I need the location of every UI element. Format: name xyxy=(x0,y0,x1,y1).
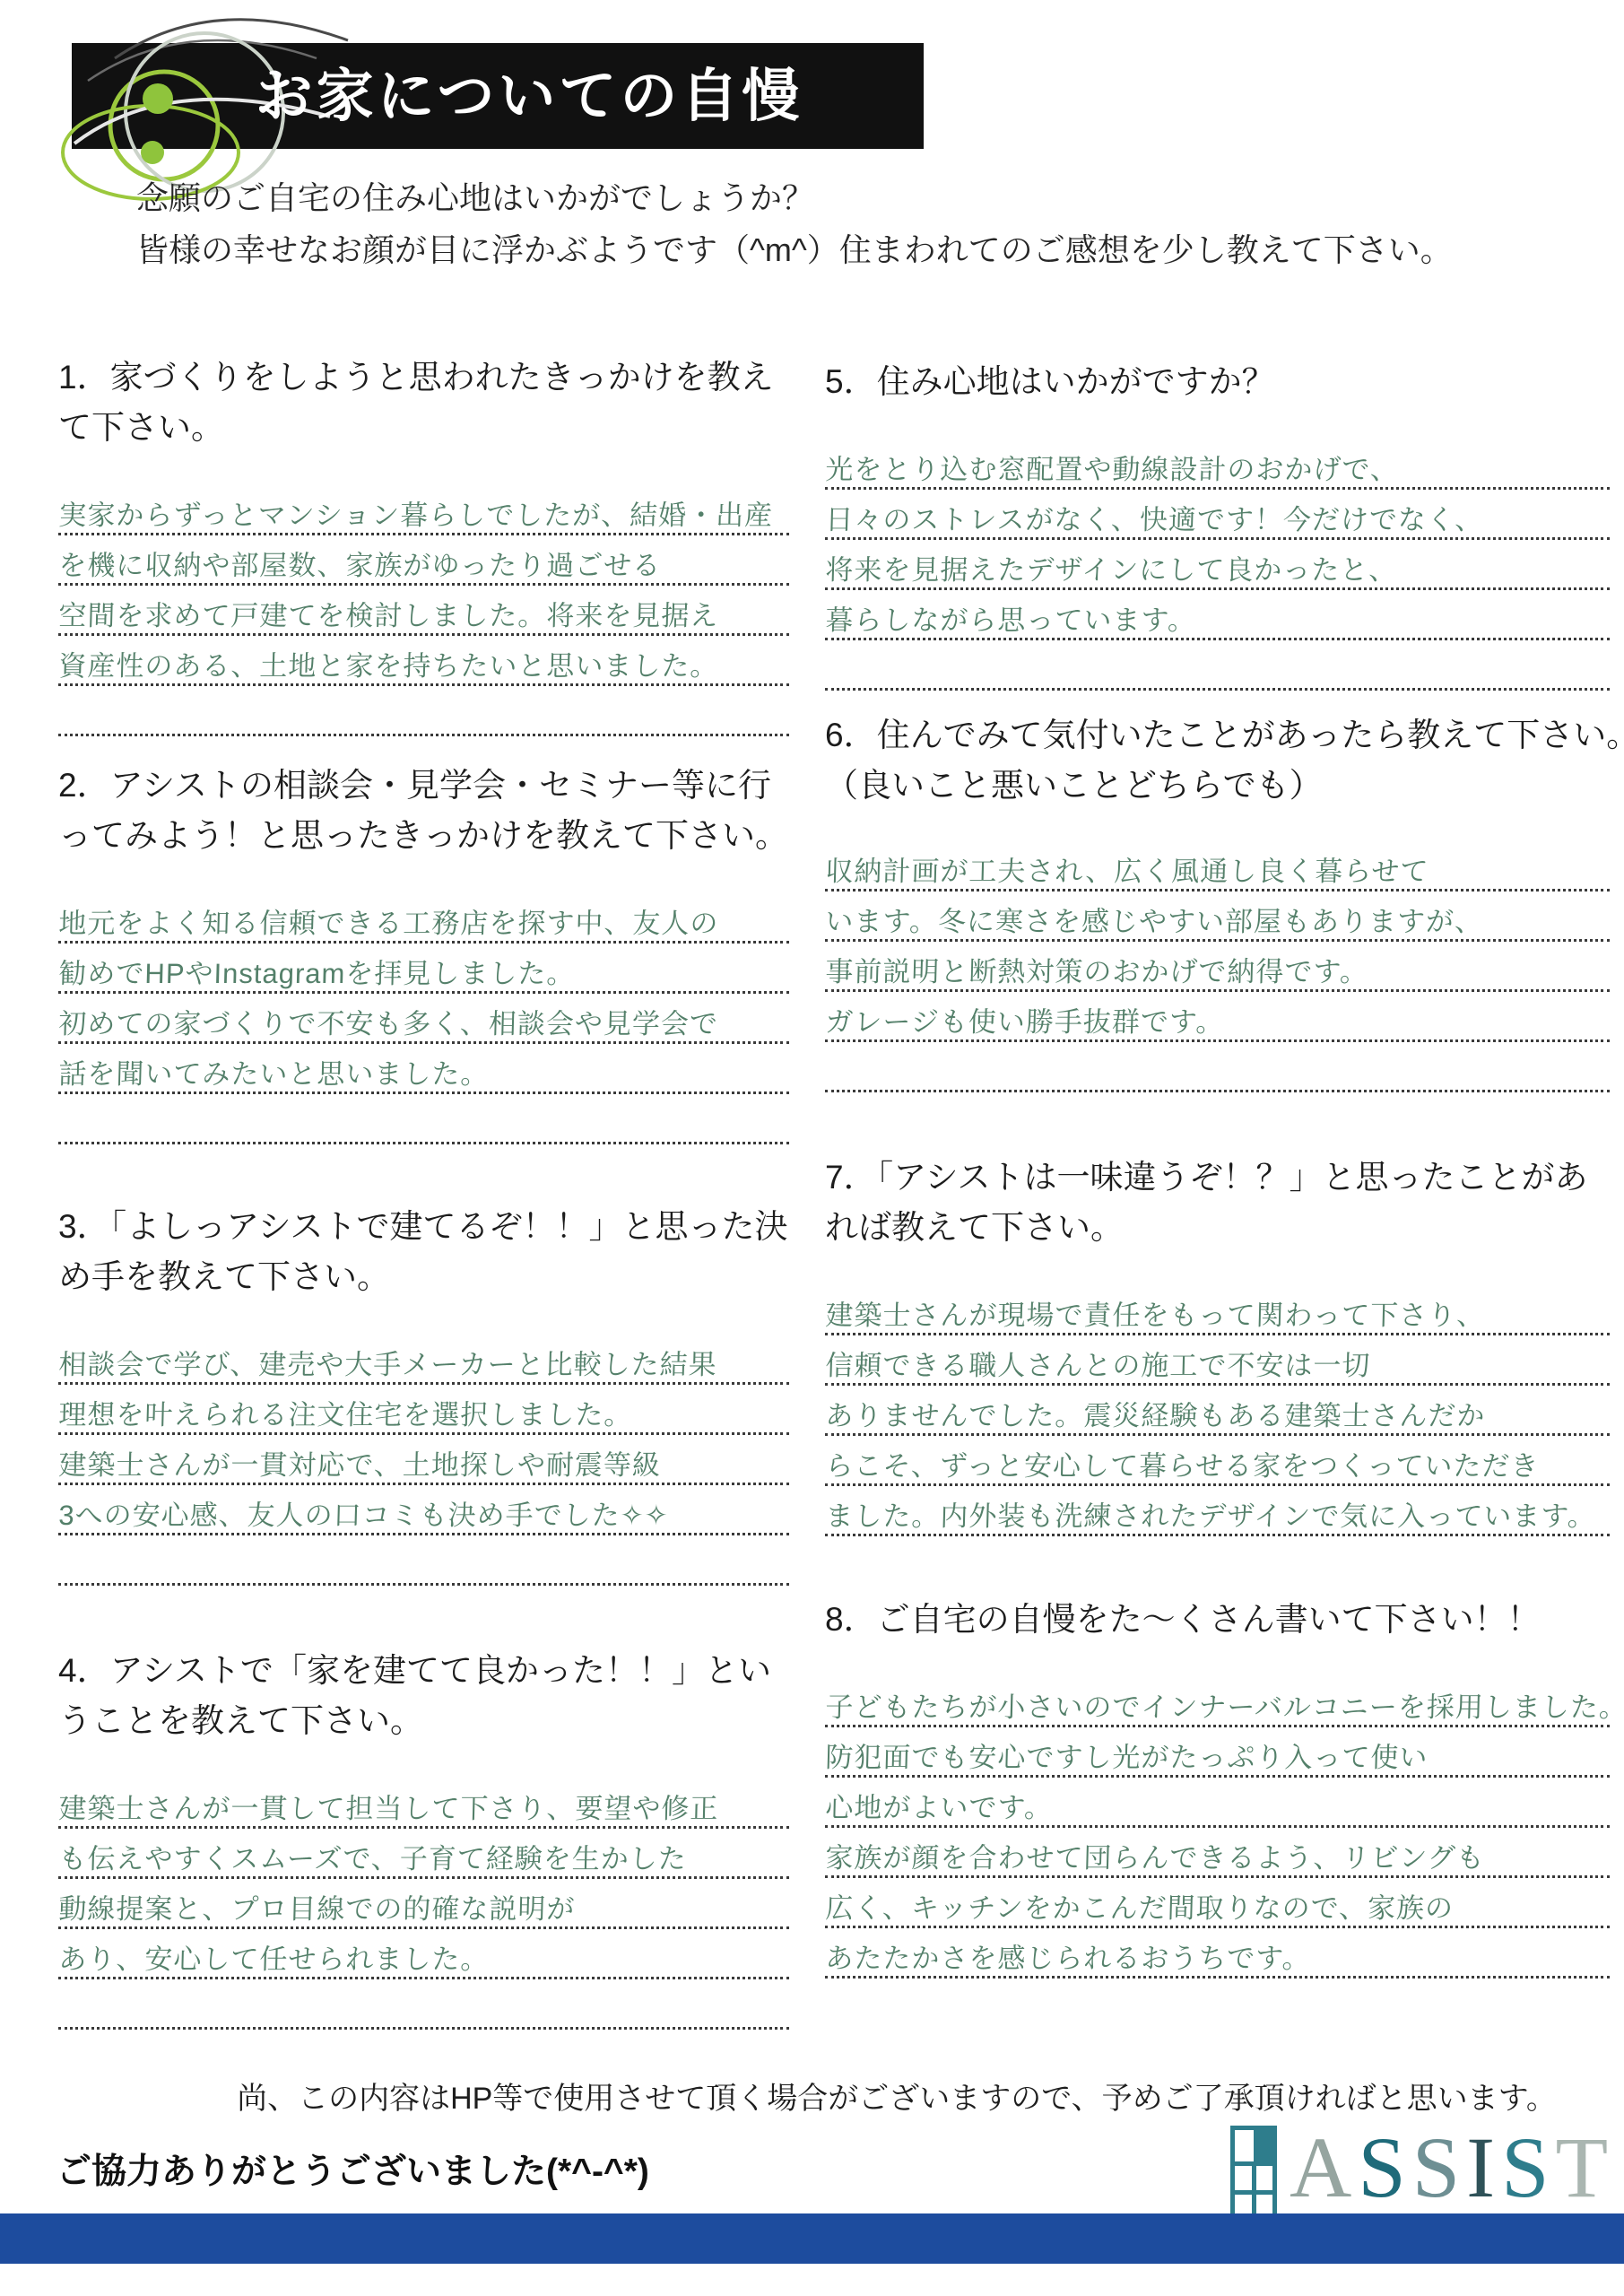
answer-row: 地元をよく知る信頼できる工務店を探す中、友人の xyxy=(58,893,789,944)
question-1-heading: 1．家づくりをしようと思われたきっかけを教えて下さい。 xyxy=(58,352,789,453)
handwritten-answer-line: ガレージも使い勝手抜群です。 xyxy=(825,1007,1225,1038)
answer-row: 建築士さんが現場で責任をもって関わって下さり、 xyxy=(825,1285,1610,1335)
answer-row: あり、安心して任せられました。 xyxy=(58,1929,789,1979)
handwritten-answer-line: あたたかさを感じられるおうちです。 xyxy=(825,1944,1311,1974)
empty-answer-row xyxy=(58,1979,789,2030)
question-5-heading: 5．住み心地はいかがですか？ xyxy=(825,357,1610,407)
question-4-heading: 4．アシストで「家を建てて良かった！！」ということを教えて下さい。 xyxy=(58,1646,789,1746)
question-6-answers: 収納計画が工夫され、広く風通し良く暮らせて います。冬に寒さを感じやすい部屋もあ… xyxy=(825,841,1610,1092)
handwritten-answer-line: 建築士さんが一貫して担当して下さり、要望や修正 xyxy=(58,1794,719,1824)
handwritten-answer-line: 話を聞いてみたいと思いました。 xyxy=(58,1059,490,1090)
bottom-bar xyxy=(0,2213,1624,2264)
handwritten-answer-line: 心地がよいです。 xyxy=(825,1793,1053,1823)
answer-row: 将来を見据えたデザインにして良かったと、 xyxy=(825,540,1610,590)
handwritten-answer-line: 日々のストレスがなく、快適です！今だけでなく、 xyxy=(825,505,1484,535)
handwritten-answer-line: 事前説明と断熱対策のおかげで納得です。 xyxy=(825,957,1368,987)
question-7-answers: 建築士さんが現場で責任をもって関わって下さり、 信頼できる職人さんとの施工で不安… xyxy=(825,1285,1610,1536)
questionnaire-page: お家についての自慢 念願のご自宅の住み心地はいかがでしょうか？ 皆様の幸せなお顔… xyxy=(0,0,1624,2296)
answer-row: 収納計画が工夫され、広く風通し良く暮らせて xyxy=(825,841,1610,891)
handwritten-answer-line: 防犯面でも安心ですし光がたっぷり入って使い xyxy=(825,1743,1429,1773)
handwritten-answer-line: 資産性のある、土地と家を持ちたいと思いました。 xyxy=(58,651,719,682)
answer-row: 光をとり込む窓配置や動線設計のおかげで、 xyxy=(825,439,1610,490)
intro-line-1: 念願のご自宅の住み心地はいかがでしょうか？ xyxy=(136,172,1453,224)
handwritten-answer-line: 地元をよく知る信頼できる工務店を探す中、友人の xyxy=(58,909,719,939)
handwritten-answer-line: 広く、キッチンをかこんだ間取りなので、家族の xyxy=(825,1893,1454,1924)
handwritten-answer-line: 勧めでHPやInstagramを拝見しました。 xyxy=(58,959,576,989)
question-2-heading: 2．アシストの相談会・見学会・セミナー等に行ってみよう！と思ったきっかけを教えて… xyxy=(58,761,789,861)
handwritten-answer-line: 子どもたちが小さいのでインナーバルコニーを採用しました。 xyxy=(825,1692,1624,1723)
answer-row: 資産性のある、土地と家を持ちたいと思いました。 xyxy=(58,636,789,686)
question-3-answers: 相談会で学び、建売や大手メーカーと比較した結果 理想を叶えられる注文住宅を選択し… xyxy=(58,1335,789,1586)
answer-row: 空間を求めて戸建てを検討しました。将来を見据え xyxy=(58,586,789,636)
answer-row: 防犯面でも安心ですし光がたっぷり入って使い xyxy=(825,1727,1610,1778)
answer-row: ました。内外装も洗練されたデザインで気に入っています。 xyxy=(825,1486,1610,1536)
answer-row: らこそ、ずっと安心して暮らせる家をつくっていただき xyxy=(825,1436,1610,1486)
answer-row: 勧めでHPやInstagramを拝見しました。 xyxy=(58,944,789,994)
question-8-answers: 子どもたちが小さいのでインナーバルコニーを採用しました。 防犯面でも安心ですし光… xyxy=(825,1677,1610,1979)
handwritten-answer-line: 空間を求めて戸建てを検討しました。将来を見据え xyxy=(58,601,719,631)
logo-letter: S xyxy=(1412,2119,1466,2215)
answer-row: 動線提案と、プロ目線での的確な説明が xyxy=(58,1879,789,1929)
handwritten-answer-line: 建築士さんが一貫対応で、土地探しや耐震等級 xyxy=(58,1450,661,1481)
question-6-subheading: （良いこと悪いことどちらでも） xyxy=(825,761,1610,811)
answer-row: 広く、キッチンをかこんだ間取りなので、家族の xyxy=(825,1878,1610,1928)
question-7: 7．「アシストは一味違うぞ！？」と思ったことがあれば教えて下さい。 建築士さんが… xyxy=(825,1152,1610,1536)
answer-row: 建築士さんが一貫対応で、土地探しや耐震等級 xyxy=(58,1435,789,1485)
handwritten-answer-line: 信頼できる職人さんとの施工で不安は一切 xyxy=(825,1351,1371,1381)
handwritten-answer-line: 相談会で学び、建売や大手メーカーと比較した結果 xyxy=(58,1350,717,1380)
handwritten-answer-line: 3への安心感、友人の口コミも決め手でした✧✧ xyxy=(58,1500,669,1531)
empty-answer-row xyxy=(825,1042,1610,1092)
logo-text: ASSIST xyxy=(1290,2109,1614,2226)
answer-row: 暮らしながら思っています。 xyxy=(825,590,1610,640)
question-2-answers: 地元をよく知る信頼できる工務店を探す中、友人の 勧めでHPやInstagramを… xyxy=(58,893,789,1144)
question-5: 5．住み心地はいかがですか？ 光をとり込む窓配置や動線設計のおかげで、 日々のス… xyxy=(825,357,1610,691)
handwritten-answer-line: 収納計画が工夫され、広く風通し良く暮らせて xyxy=(825,857,1429,887)
empty-answer-row xyxy=(58,1094,789,1144)
empty-answer-row xyxy=(825,640,1610,691)
question-6: 6．住んでみて気付いたことがあったら教えて下さい。 （良いこと悪いことどちらでも… xyxy=(825,710,1610,1092)
answer-row: 信頼できる職人さんとの施工で不安は一切 xyxy=(825,1335,1610,1386)
page-title: お家についての自慢 xyxy=(72,43,924,149)
question-1-answers: 実家からずっとマンション暮らしでしたが、結婚・出産 を機に収納や部屋数、家族がゆ… xyxy=(58,485,789,736)
answer-row: 理想を叶えられる注文住宅を選択しました。 xyxy=(58,1385,789,1435)
question-3: 3．「よしっアシストで建てるぞ！！」と思った決め手を教えて下さい。 相談会で学び… xyxy=(58,1202,789,1586)
answer-row: あたたかさを感じられるおうちです。 xyxy=(825,1928,1610,1979)
answer-row: 話を聞いてみたいと思いました。 xyxy=(58,1044,789,1094)
handwritten-answer-line: 建築士さんが現場で責任をもって関わって下さり、 xyxy=(825,1300,1486,1331)
question-5-answers: 光をとり込む窓配置や動線設計のおかげで、 日々のストレスがなく、快適です！今だけ… xyxy=(825,439,1610,691)
question-4: 4．アシストで「家を建てて良かった！！」ということを教えて下さい。 建築士さんが… xyxy=(58,1646,789,2030)
header-banner: お家についての自慢 xyxy=(72,43,924,149)
empty-answer-row xyxy=(58,686,789,736)
question-2: 2．アシストの相談会・見学会・セミナー等に行ってみよう！と思ったきっかけを教えて… xyxy=(58,761,789,1144)
logo-letter: S xyxy=(1501,2119,1555,2215)
handwritten-answer-line: 家族が顔を合わせて団らんできるよう、リビングも xyxy=(825,1843,1485,1874)
answer-row: 初めての家づくりで不安も多く、相談会や見学会で xyxy=(58,994,789,1044)
answer-row: 実家からずっとマンション暮らしでしたが、結婚・出産 xyxy=(58,485,789,535)
question-6-heading: 6．住んでみて気付いたことがあったら教えて下さい。 xyxy=(825,710,1610,761)
thanks-message: ご協力ありがとうございました(*^-^*) xyxy=(56,2144,649,2194)
intro-text: 念願のご自宅の住み心地はいかがでしょうか？ 皆様の幸せなお顔が目に浮かぶようです… xyxy=(136,172,1453,276)
handwritten-answer-line: 初めての家づくりで不安も多く、相談会や見学会で xyxy=(58,1009,718,1039)
answer-row: を機に収納や部屋数、家族がゆったり過ごせる xyxy=(58,535,789,586)
handwritten-answer-line: らこそ、ずっと安心して暮らせる家をつくっていただき xyxy=(825,1451,1540,1482)
answer-row: 心地がよいです。 xyxy=(825,1778,1610,1828)
handwritten-answer-line: 動線提案と、プロ目線での的確な説明が xyxy=(58,1894,576,1925)
answer-row: 事前説明と断熱対策のおかげで納得です。 xyxy=(825,942,1610,992)
logo-letter: I xyxy=(1466,2119,1501,2215)
answer-row: 日々のストレスがなく、快適です！今だけでなく、 xyxy=(825,490,1610,540)
answer-row: 3への安心感、友人の口コミも決め手でした✧✧ xyxy=(58,1485,789,1535)
question-1: 1．家づくりをしようと思われたきっかけを教えて下さい。 実家からずっとマンション… xyxy=(58,352,789,736)
answer-row: 相談会で学び、建売や大手メーカーと比較した結果 xyxy=(58,1335,789,1385)
handwritten-answer-line: を機に収納や部屋数、家族がゆったり過ごせる xyxy=(58,551,662,581)
handwritten-answer-line: あり、安心して任せられました。 xyxy=(58,1944,490,1975)
answer-row: ガレージも使い勝手抜群です。 xyxy=(825,992,1610,1042)
answer-row: います。冬に寒さを感じやすい部屋もありますが、 xyxy=(825,891,1610,942)
handwritten-answer-line: ました。内外装も洗練されたデザインで気に入っています。 xyxy=(825,1501,1596,1532)
handwritten-answer-line: ありませんでした。震災経験もある建築士さんだか xyxy=(825,1401,1486,1431)
answer-row: 建築士さんが一貫して担当して下さり、要望や修正 xyxy=(58,1779,789,1829)
handwritten-answer-line: 将来を見据えたデザインにして良かったと、 xyxy=(825,555,1398,586)
logo-letter: T xyxy=(1555,2119,1614,2215)
handwritten-answer-line: います。冬に寒さを感じやすい部屋もありますが、 xyxy=(825,907,1483,937)
answer-row: も伝えやすくスムーズで、子育て経験を生かした xyxy=(58,1829,789,1879)
empty-answer-row xyxy=(58,1535,789,1586)
question-4-answers: 建築士さんが一貫して担当して下さり、要望や修正 も伝えやすくスムーズで、子育て経… xyxy=(58,1779,789,2030)
intro-line-2: 皆様の幸せなお顔が目に浮かぶようです（^m^）住まわれてのご感想を少し教えて下さ… xyxy=(136,224,1453,276)
handwritten-answer-line: 実家からずっとマンション暮らしでしたが、結婚・出産 xyxy=(58,500,774,531)
question-8-heading: 8．ご自宅の自慢をた～くさん書いて下さい！！ xyxy=(825,1595,1610,1645)
handwritten-answer-line: 暮らしながら思っています。 xyxy=(825,605,1196,636)
handwritten-answer-line: も伝えやすくスムーズで、子育て経験を生かした xyxy=(58,1844,687,1874)
answer-row: 家族が顔を合わせて団らんできるよう、リビングも xyxy=(825,1828,1610,1878)
logo-letter: A xyxy=(1290,2119,1358,2215)
handwritten-answer-line: 理想を叶えられる注文住宅を選択しました。 xyxy=(58,1400,633,1431)
question-3-heading: 3．「よしっアシストで建てるぞ！！」と思った決め手を教えて下さい。 xyxy=(58,1202,789,1302)
answer-row: ありませんでした。震災経験もある建築士さんだか xyxy=(825,1386,1610,1436)
question-8: 8．ご自宅の自慢をた～くさん書いて下さい！！ 子どもたちが小さいのでインナーバル… xyxy=(825,1595,1610,1979)
window-logo-icon xyxy=(1230,2126,1277,2221)
answer-row: 子どもたちが小さいのでインナーバルコニーを採用しました。 xyxy=(825,1677,1610,1727)
logo-letter: S xyxy=(1358,2119,1411,2215)
question-7-heading: 7．「アシストは一味違うぞ！？」と思ったことがあれば教えて下さい。 xyxy=(825,1152,1610,1253)
handwritten-answer-line: 光をとり込む窓配置や動線設計のおかげで、 xyxy=(825,455,1399,485)
